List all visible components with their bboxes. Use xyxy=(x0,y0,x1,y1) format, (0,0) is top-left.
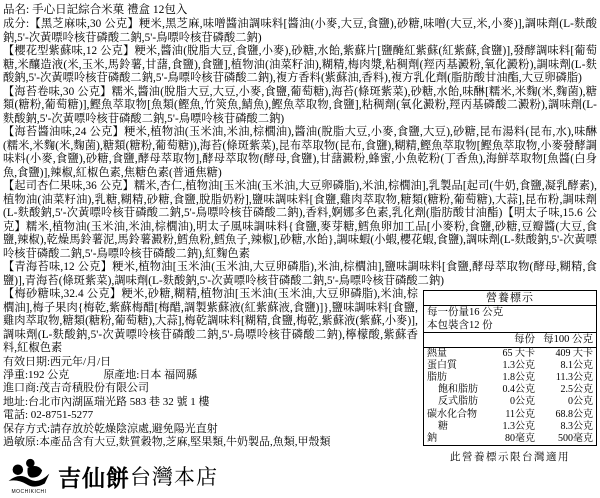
nutrition-row-calories: 熱量 65 大卡 409 大卡 xyxy=(424,348,596,360)
brand-name-bold: 吉仙餅 xyxy=(58,460,130,493)
ingredients-paragraph-cheese-almond-mentaiko: 【起司杏仁果味,36 公克】糯米,杏仁,植物油[玉米油(玉米油,大豆卵磷脂),米… xyxy=(3,180,597,261)
ingredients-paragraph-aonori: 【青海苔味,12 公克】粳米,植物油[玉米油(玉米油,大豆卵磷脂),米油,棕櫚油… xyxy=(3,261,597,288)
ingredients-paragraph-nori-roll: 【海苔卷味,30 公克】糯米,醬油(脫脂大豆,大豆,小麥,食鹽,葡萄糖),海苔(… xyxy=(3,86,597,127)
brand-logo: MOCHIKICHI 吉仙餅台灣本店 xyxy=(6,457,218,495)
nutrition-table: 營養標示 每一份量16 公克 本包裝含12 份 每份 每100 公克 熱量 65… xyxy=(423,290,597,446)
nutrition-row-fat: 脂肪 1.8公克 11.3公克 xyxy=(424,372,596,384)
nutrition-column-headers: 每份 每100 公克 xyxy=(424,333,596,348)
nutrition-row-trans-fat: 反式脂肪 0公克 0公克 xyxy=(424,396,596,408)
nutrition-row-sodium: 鈉 80毫克 500毫克 xyxy=(424,433,596,445)
nutrition-serving-size: 每一份量16 公克 xyxy=(424,306,596,319)
nutrition-row-carbohydrate: 碳水化合物 11公克 68.8公克 xyxy=(424,409,596,421)
nutrition-note: 此營養標示限台灣適用 xyxy=(423,449,597,464)
nutrition-row-saturated-fat: 飽和脂肪 0.4公克 2.5公克 xyxy=(424,384,596,396)
ingredients-label: 成分: xyxy=(3,18,29,30)
brand-subtext: MOCHIKICHI xyxy=(12,489,47,495)
nutrition-servings-per-pack: 本包裝含12 份 xyxy=(424,319,596,333)
nutrition-row-sugar: 糖 1.3公克 8.3公克 xyxy=(424,421,596,433)
ingredients-text: 【黑芝麻味,30 公克】粳米,黑芝麻,味噌醬油調味料[醬油(小麥,大豆,食鹽),… xyxy=(3,18,597,44)
nutrition-col-per-serving: 每份 xyxy=(483,333,535,347)
nutrition-panel: 營養標示 每一份量16 公克 本包裝含12 份 每份 每100 公克 熱量 65… xyxy=(423,290,597,464)
nutrition-row-protein: 蛋白質 1.3公克 8.1公克 xyxy=(424,360,596,372)
product-label-page: 品名: 手心日記綜合米菓 禮盒 12包入 成分:【黑芝麻味,30 公克】粳米,黑… xyxy=(3,3,597,449)
net-weight: 淨重:192 公克 xyxy=(3,369,69,381)
mochikichi-logo-icon: MOCHIKICHI xyxy=(6,457,52,495)
nutrition-title: 營養標示 xyxy=(424,291,596,306)
ingredients-paragraph-black-sesame: 成分:【黑芝麻味,30 公克】粳米,黑芝麻,味噌醬油調味料[醬油(小麥,大豆,食… xyxy=(3,18,597,45)
product-name-line: 品名: 手心日記綜合米菓 禮盒 12包入 xyxy=(3,3,597,18)
ingredients-paragraph-sakura-shiso: 【櫻花型紫蘇味,12 公克】粳米,醬油(脫脂大豆,食鹽,小麥),砂糖,水飴,紫蘇… xyxy=(3,45,597,86)
ingredients-paragraph-nori-soy: 【海苔醬油味,24 公克】粳米,植物油(玉米油,米油,棕櫚油),醬油(脫脂大豆,… xyxy=(3,126,597,180)
brand-name-rest: 台灣本店 xyxy=(130,461,218,491)
origin: 原產地:日本 福岡縣 xyxy=(103,369,197,381)
nutrition-col-per-100g: 每100 公克 xyxy=(535,333,593,347)
